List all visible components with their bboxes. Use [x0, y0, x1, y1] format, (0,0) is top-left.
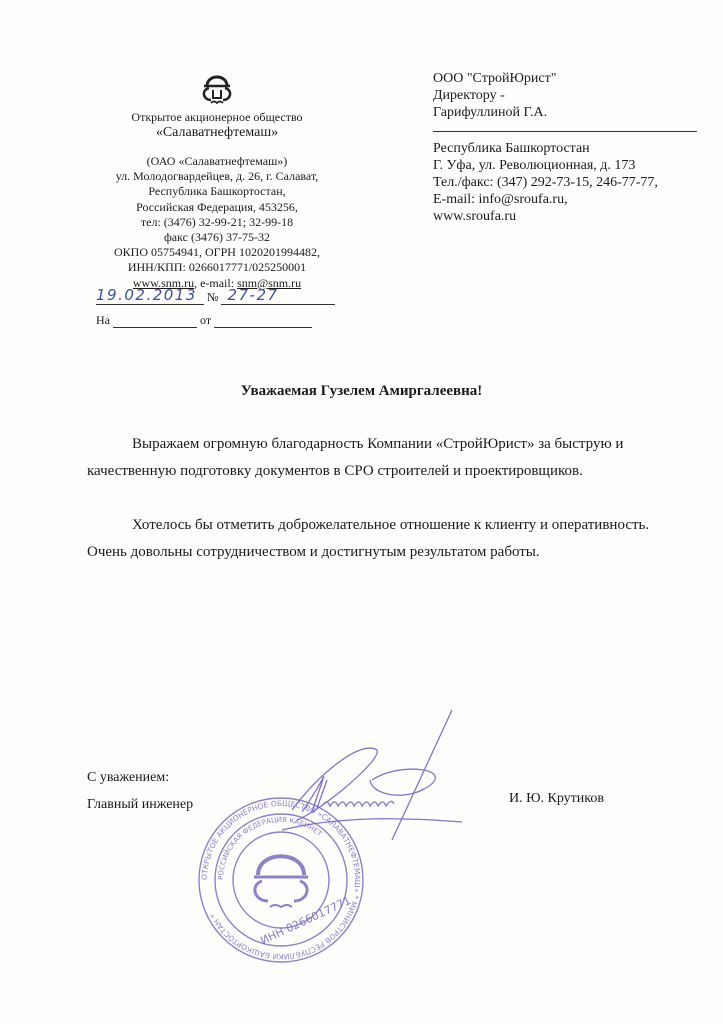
from-label: от [200, 313, 211, 327]
number-label: № [207, 290, 218, 304]
sender-address: ул. Молодогвардейцев, д. 26, г. Салават, [92, 169, 342, 184]
sender-detail: (ОАО «Салаватнефтемаш») [92, 154, 342, 169]
sender-inn-kpp: ИНН/КПП: 0266017771/025250001 [92, 260, 342, 275]
signature-icon [262, 700, 462, 850]
sender-okpo-ogrn: ОКПО 05754941, ОГРН 1020201994482, [92, 245, 342, 260]
org-name: «Салаватнефтемаш» [92, 124, 342, 141]
on-label: На [96, 313, 110, 327]
on-field [113, 315, 197, 328]
closing-regards: С уважением: [87, 764, 193, 791]
sender-letterhead: Открытое акционерное общество «Салаватне… [92, 68, 342, 291]
from-field [214, 315, 312, 328]
paragraph-2-line-2: Очень довольны сотрудничеством и достигн… [87, 539, 707, 566]
sender-phone: тел: (3476) 32-99-21; 32-99-18 [92, 215, 342, 230]
signer-position: Главный инженер [87, 791, 193, 818]
reference-block: 19.02.2013 № 27-27 На от [96, 286, 336, 328]
divider [433, 131, 697, 132]
paragraph-2: Хотелось бы отметить доброжелательное от… [87, 512, 707, 566]
number-field: 27-27 [221, 286, 335, 305]
recipient-block: ООО "СтройЮрист" Директору - Гарифуллино… [433, 70, 703, 225]
paragraph-2-line-1: Хотелось бы отметить доброжелательное от… [87, 512, 707, 539]
paragraph-1: Выражаем огромную благодарность Компании… [87, 431, 687, 485]
recipient-region: Республика Башкортостан [433, 140, 703, 157]
closing-block: С уважением: Главный инженер [87, 764, 193, 818]
recipient-position: Директору - [433, 87, 703, 104]
salavatneftemash-logo-icon [197, 68, 237, 108]
sender-country: Российская Федерация, 453256, [92, 200, 342, 215]
salutation: Уважаемая Гузелем Амиргалеевна! [0, 383, 723, 400]
signer-name: И. Ю. Крутиков [509, 791, 604, 807]
recipient-name: Гарифуллиной Г.А. [433, 104, 703, 121]
paragraph-1-line-2: качественную подготовку документов в СРО… [87, 458, 687, 485]
recipient-email: E-mail: info@sroufa.ru, [433, 191, 703, 208]
sender-fax: факс (3476) 37-75-32 [92, 230, 342, 245]
handwritten-date: 19.02.2013 [96, 286, 197, 304]
org-type: Открытое акционерное общество [92, 110, 342, 124]
date-field: 19.02.2013 [96, 286, 204, 305]
recipient-phone: Тел./факс: (347) 292-73-15, 246-77-77, [433, 174, 703, 191]
stamp-inn: ИНН 0266017771 [258, 894, 353, 947]
recipient-company: ООО "СтройЮрист" [433, 70, 703, 87]
sender-region: Республика Башкортостан, [92, 184, 342, 199]
paragraph-1-line-1: Выражаем огромную благодарность Компании… [87, 431, 687, 458]
recipient-address: Г. Уфа, ул. Революционная, д. 173 [433, 157, 703, 174]
handwritten-number: 27-27 [227, 286, 278, 304]
recipient-website: www.sroufa.ru [433, 208, 703, 225]
